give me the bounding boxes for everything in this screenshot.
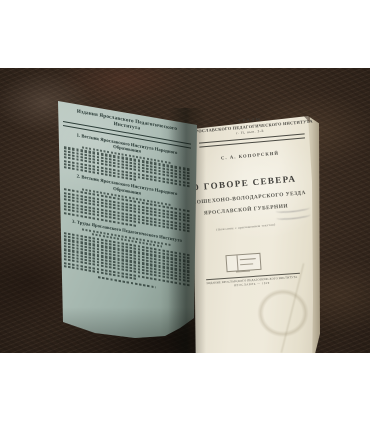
book-photo: ТРУДЫ ЯРОСЛАВСКОГО ПЕДАГОГИЧЕСКОГО ИНСТИ…: [0, 68, 370, 353]
stamp-box: [225, 253, 261, 272]
illegible-closing-line: [98, 276, 157, 289]
stamp-line: [240, 258, 256, 260]
gutter-shadow: [168, 108, 206, 353]
stamp-divider: [236, 255, 238, 270]
illegible-meta-line: [92, 233, 162, 247]
illegible-meta-line: [82, 146, 172, 164]
page-crease: [250, 282, 316, 344]
illegible-meta-line: [82, 188, 172, 206]
stamp-line: [240, 263, 253, 265]
illegible-meta-line: [82, 228, 172, 246]
